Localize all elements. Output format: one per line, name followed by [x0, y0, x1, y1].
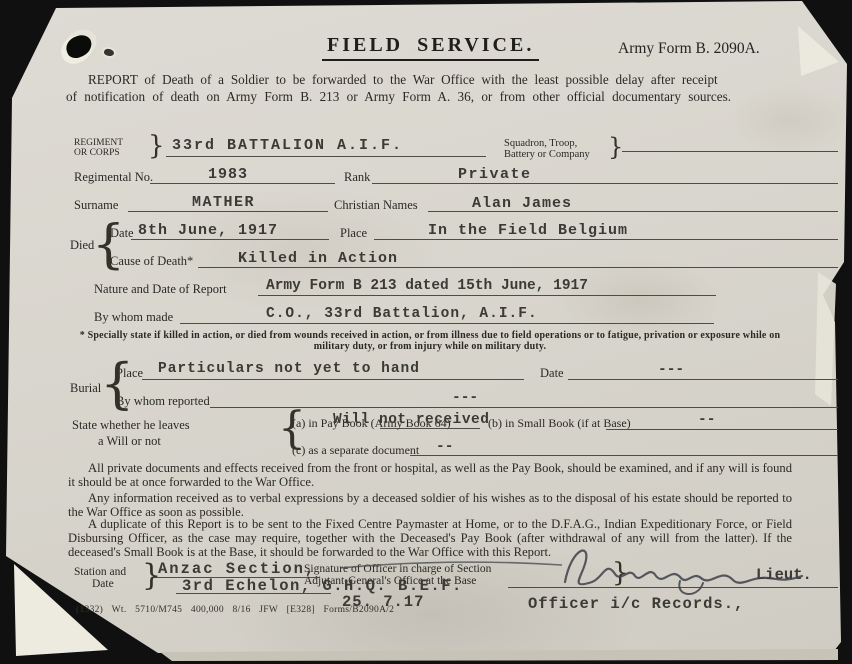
burial-date-label: Date [540, 366, 564, 381]
footnote: * Specially state if killed in action, o… [72, 331, 788, 353]
christian-names-value: Alan James [472, 195, 572, 212]
will-b-value: -- [698, 412, 715, 428]
rule-died-cause [198, 267, 838, 268]
report-value: Army Form B 213 dated 15th June, 1917 [266, 278, 588, 294]
rule-will-a [380, 428, 480, 429]
squadron-label-line2: Battery or Company [504, 149, 590, 160]
died-place-value: In the Field Belgium [428, 222, 628, 239]
rule-by-whom [180, 323, 714, 324]
rule-burial-date [568, 379, 838, 380]
intro-line-1: REPORT of Death of a Soldier to be forwa… [88, 72, 718, 88]
rule-surname [128, 211, 328, 212]
surname-label: Surname [74, 198, 118, 213]
squadron-brace: } [608, 135, 623, 159]
christian-names-label: Christian Names [334, 198, 418, 213]
will-a-value: Will not received [333, 412, 489, 428]
notice-paragraph-1: All private documents and effects receiv… [68, 461, 792, 489]
died-date-value: 8th June, 1917 [138, 222, 278, 239]
form-title: FIELD SERVICE. [322, 34, 539, 61]
by-whom-label: By whom made [94, 310, 173, 325]
by-whom-value: C.O., 33rd Battalion, A.I.F. [266, 306, 538, 322]
report-label: Nature and Date of Report [94, 282, 227, 297]
signature-handwriting [330, 538, 840, 600]
will-label-line2: a Will or not [98, 434, 161, 449]
squadron-label-line1: Squadron, Troop, [504, 138, 577, 149]
regiment-value: 33rd BATTALION A.I.F. [172, 137, 403, 154]
rule-regimental-no [150, 183, 335, 184]
form-number: Army Form B. 2090A. [618, 40, 760, 58]
scanned-document: FIELD SERVICE. Army Form B. 2090A. REPOR… [0, 0, 852, 664]
station-label-line2: Date [92, 578, 114, 590]
died-group-label: Died [70, 238, 94, 253]
surname-value: MATHER [192, 194, 255, 211]
station-label-line1: Station and [74, 566, 126, 578]
rule-rank [372, 183, 838, 184]
intro-line-2: of notification of death on Army Form B.… [66, 89, 731, 105]
died-brace: { [92, 219, 125, 271]
regiment-label-line2: OR CORPS [74, 148, 120, 159]
notice-paragraph-2: Any information received as to verbal ex… [68, 491, 792, 519]
rank-value: Private [458, 166, 532, 183]
burial-group-label: Burial [70, 381, 101, 396]
burial-reported-value: --- [452, 390, 478, 406]
rank-label: Rank [344, 170, 370, 185]
station-value-line1: Anzac Section, [158, 560, 316, 578]
rule-report [258, 295, 716, 296]
burial-brace: { [100, 357, 134, 411]
will-brace: { [278, 407, 306, 451]
rule-died-place [374, 239, 838, 240]
burial-place-value: Particulars not yet to hand [158, 361, 420, 377]
died-place-label: Place [340, 226, 367, 241]
will-c-value: -- [436, 439, 453, 455]
regimental-no-value: 1983 [208, 166, 248, 183]
rule-burial-place [142, 379, 524, 380]
rule-regiment [166, 156, 486, 157]
rule-will-c [410, 455, 838, 456]
will-label-line1: State whether he leaves [72, 418, 190, 433]
will-c-label: (c) as a separate document [292, 443, 419, 458]
died-cause-value: Killed in Action [238, 250, 398, 267]
rule-squadron [622, 151, 838, 152]
rule-will-b [606, 429, 838, 430]
regimental-no-label: Regimental No. [74, 170, 153, 185]
regiment-brace: } [148, 133, 165, 159]
rule-died-date [131, 239, 329, 240]
burial-date-value: --- [658, 362, 684, 378]
